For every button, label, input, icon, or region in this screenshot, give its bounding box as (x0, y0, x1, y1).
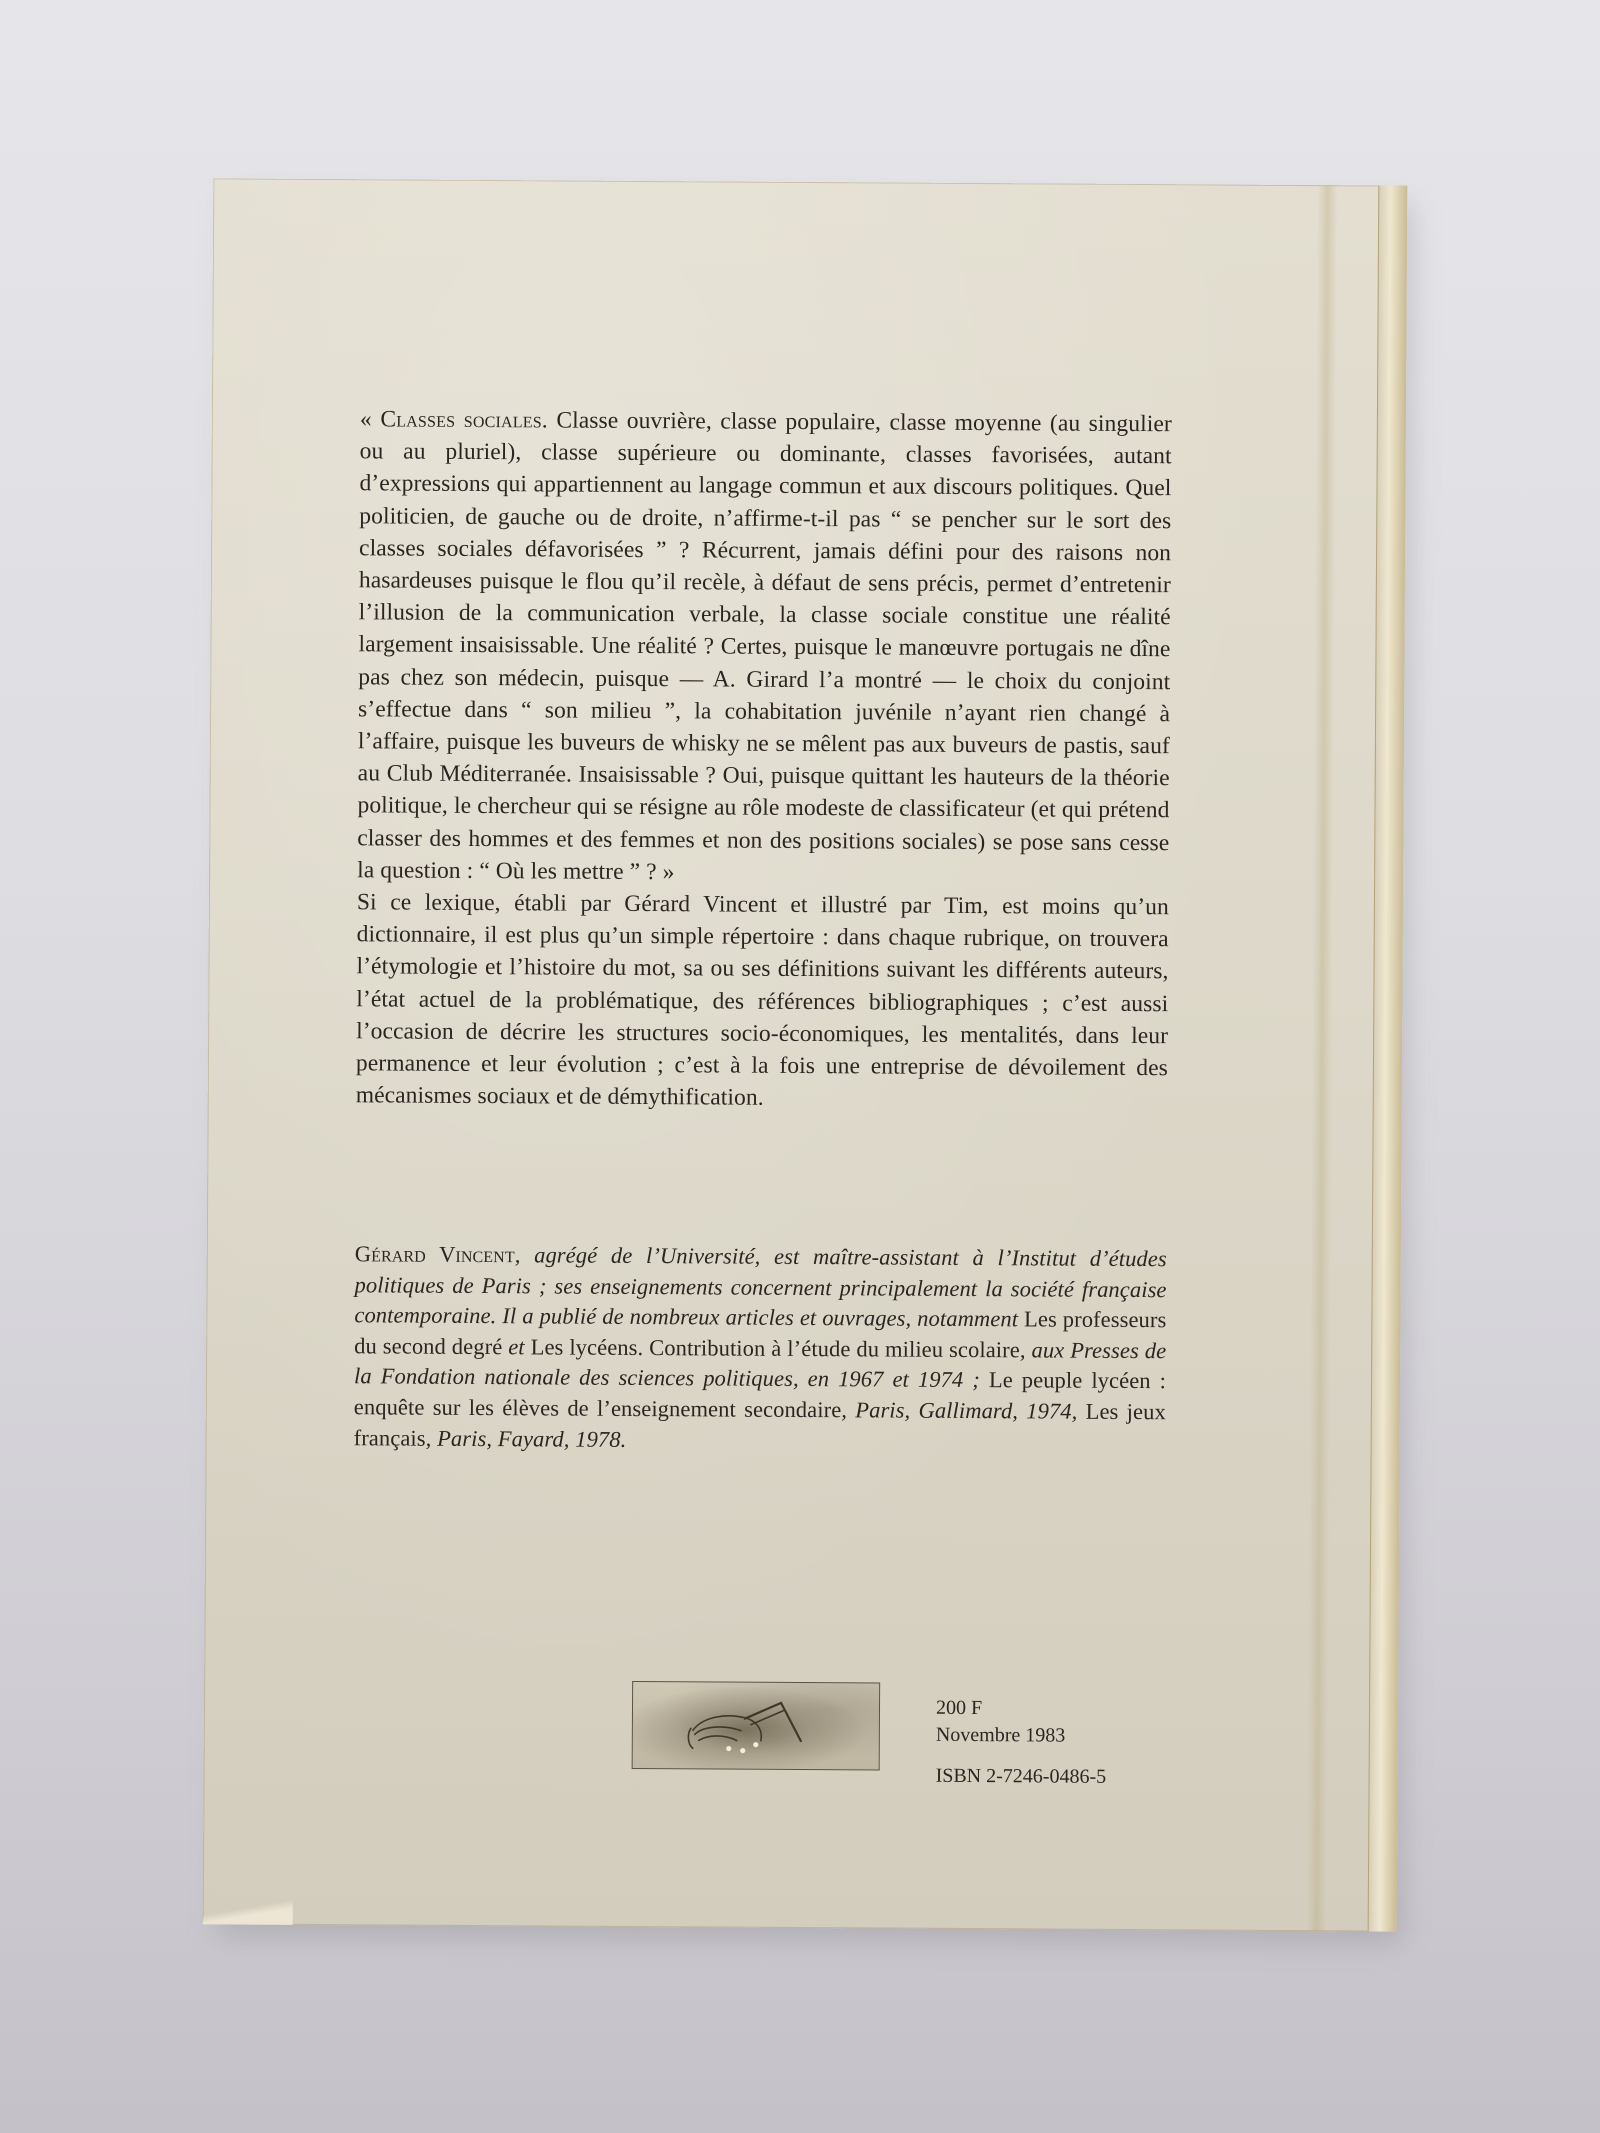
hand-holding-pen-icon (632, 1681, 881, 1771)
publication-date: Novembre 1983 (936, 1722, 1107, 1750)
corner-wear (203, 1898, 293, 1925)
blurb-lead: « Classes sociales. (360, 406, 548, 433)
isbn: ISBN 2-7246-0486-5 (936, 1763, 1107, 1791)
book-title: Les lycéens. Contribution à l’étude du m… (531, 1334, 1020, 1362)
bio-text: , Paris, Fayard, 1978. (426, 1425, 627, 1451)
blurb: « Classes sociales. Classe ouvrière, cla… (356, 403, 1172, 1116)
spine-crease (1307, 185, 1338, 1931)
blurb-quote: Classe ouvrière, classe populaire, class… (357, 407, 1172, 885)
blurb-quote-paragraph: « Classes sociales. Classe ouvrière, cla… (357, 403, 1172, 891)
book-back-cover: « Classes sociales. Classe ouvrière, cla… (203, 178, 1408, 1931)
bio-text: , Paris, Gallimard, 1974, (841, 1397, 1085, 1423)
author-name: Gérard Vincent (355, 1241, 515, 1267)
bio-text: et (502, 1334, 530, 1359)
blurb-second-paragraph: Si ce lexique, établi par Gérard Vincent… (356, 886, 1169, 1116)
price: 200 F (936, 1695, 1107, 1723)
author-bio: Gérard Vincent, agrégé de l’Université, … (354, 1239, 1167, 1458)
colophon: 200 F Novembre 1983 ISBN 2-7246-0486-5 (936, 1695, 1107, 1791)
